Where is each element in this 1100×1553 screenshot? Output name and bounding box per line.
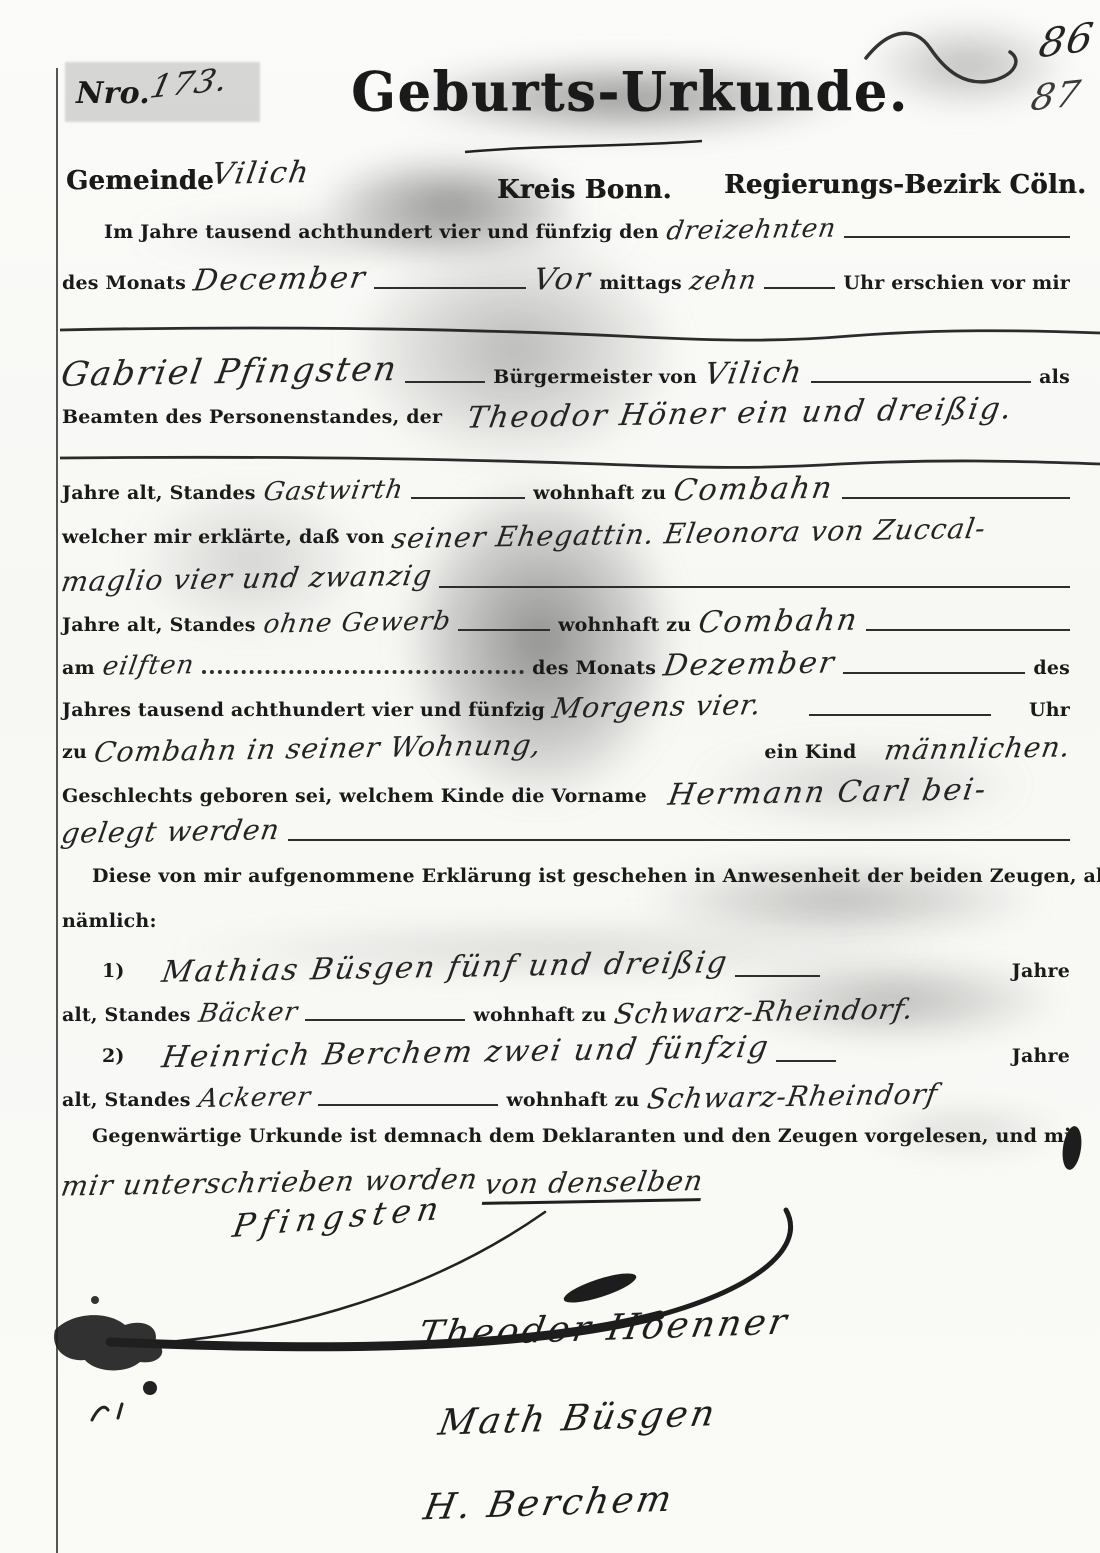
handwritten-entry: Hermann Carl bei- (666, 772, 990, 813)
handwritten-entry: Gastwirth (261, 475, 405, 507)
body-line-3: Gabriel Pfingsten Bürgermeister von Vili… (62, 352, 1070, 394)
handwritten-entry: Vor (531, 262, 594, 298)
ink-speck (91, 1296, 99, 1304)
fill-line (844, 232, 1070, 238)
fill-line (866, 625, 1070, 631)
printed-text: ein Kind (764, 741, 856, 763)
printed-text: wohnhaft zu (506, 1089, 639, 1111)
printed-text: Geschlechts geboren sei, welchem Kinde d… (62, 785, 647, 807)
witness1-line-2: alt, Standes Bäcker wohnhaft zu Schwarz-… (62, 995, 1070, 1037)
printed-text: des Monats (532, 657, 656, 679)
handwritten-entry: seiner Ehegattin. Eleonora von Zuccal- (389, 512, 988, 555)
printed-text: wohnhaft zu (533, 482, 666, 504)
printed-text: alt, Standes (62, 1089, 191, 1111)
handwritten-entry: Gabriel Pfingsten (58, 349, 401, 395)
handwritten-entry: gelegt werden (59, 813, 282, 850)
folio-number-top: 86 (1036, 15, 1097, 68)
witness1-line-1: 1) Mathias Büsgen fünf und dreißig Jahre (62, 950, 1070, 992)
gemeinde-value: Vilich (209, 155, 313, 192)
fill-line (776, 1056, 836, 1062)
fill-line (305, 1015, 465, 1021)
printed-text: zu (62, 741, 87, 763)
printed-text: des (1033, 657, 1070, 679)
printed-text: welcher mir erklärte, daß von (62, 526, 385, 548)
title-underline (465, 141, 702, 152)
handwritten-entry: Vilich (702, 355, 806, 392)
body-line-2: des Monats December Vor mittags zehn Uhr… (62, 262, 1070, 304)
printed-text: Uhr erschien vor mir (843, 272, 1070, 294)
printed-text: Im Jahre tausend achthundert vier und fü… (62, 221, 659, 243)
handwritten-entry: Heinrich Berchem zwei und fünfzig (159, 1030, 772, 1076)
handwritten-entry: Combahn (671, 471, 836, 509)
dotted-fill-line (202, 666, 524, 674)
handwritten-entry: Combahn in seiner Wohnung, (92, 728, 544, 769)
signature-ink-slash (561, 1268, 639, 1309)
witness-intro-line-2: nämlich: (62, 910, 1070, 952)
folio-number-bottom: 87 (1028, 74, 1084, 120)
handwritten-entry: Schwarz-Rheindorf (644, 1077, 939, 1115)
body-line-1: Im Jahre tausend achthundert vier und fü… (62, 215, 1070, 257)
ink-blot (54, 1315, 162, 1370)
printed-text: Beamten des Personenstandes, der (62, 406, 442, 428)
document-number-label: Nro. (76, 76, 150, 111)
body-line-11: zu Combahn in seiner Wohnung, ein Kind m… (62, 732, 1070, 774)
witness1-signature: Theodor Hoenner (415, 1302, 793, 1356)
printed-text: alt, Standes (62, 1004, 191, 1026)
gemeinde-label: Gemeinde (66, 166, 214, 196)
printed-text: Jahres tausend achthundert vier und fünf… (62, 699, 545, 721)
handwritten-entry: Mathias Büsgen fünf und dreißig (159, 945, 731, 990)
handwritten-entry: ohne Gewerb (261, 606, 453, 639)
printed-text: Jahre (1012, 1045, 1070, 1067)
document-title: Geburts-Urkunde. (340, 61, 920, 124)
ink-speck (143, 1381, 157, 1395)
fill-line (374, 283, 526, 289)
printed-text: Bürgermeister von (493, 366, 697, 388)
printed-text: Gegenwärtige Urkunde ist demnach dem Dek… (62, 1125, 1081, 1147)
handwritten-entry: Ackerer (196, 1082, 313, 1114)
fill-line (411, 493, 525, 499)
fill-line (458, 625, 550, 631)
handwritten-entry: eilften (100, 650, 196, 682)
kreis-label: Kreis Bonn. (497, 175, 672, 205)
handwritten-entry: zehn (687, 265, 759, 296)
printed-text: Diese von mir aufgenommene Erklärung ist… (62, 865, 1100, 887)
printed-text: Jahre alt, Standes (62, 482, 256, 504)
separator-rule-2 (60, 457, 1100, 467)
body-line-4: Beamten des Personenstandes, der Theodor… (62, 396, 1070, 438)
fill-line (809, 710, 991, 716)
printed-text: Jahre (1012, 960, 1070, 982)
body-line-5: Jahre alt, Standes Gastwirth wohnhaft zu… (62, 472, 1070, 514)
fill-line (764, 283, 835, 289)
fill-line (811, 377, 1031, 383)
handwritten-entry: Bäcker (196, 997, 300, 1029)
fill-line (842, 493, 1070, 499)
bezirk-label: Regierungs-Bezirk Cöln. (724, 170, 1086, 200)
fill-line (735, 971, 820, 977)
body-line-8: Jahre alt, Standes ohne Gewerb wohnhaft … (62, 604, 1070, 646)
fill-line (288, 835, 1070, 841)
closing-line-2: mir unterschrieben worden von denselben (62, 1166, 1070, 1208)
witness2-line-1: 2) Heinrich Berchem zwei und fünfzig Jah… (62, 1035, 1070, 1077)
fill-line (843, 668, 1025, 674)
printed-text: als (1039, 366, 1070, 388)
handwritten-entry: December (191, 261, 369, 299)
printed-text: am (62, 657, 95, 679)
printed-text: Jahre alt, Standes (62, 614, 256, 636)
witness2-line-2: alt, Standes Ackerer wohnhaft zu Schwarz… (62, 1080, 1070, 1122)
witness3-signature: H. Berchem (421, 1479, 678, 1529)
handwritten-entry: Morgens vier. (550, 688, 764, 725)
handwritten-entry: Combahn (696, 603, 861, 641)
fill-line (405, 377, 485, 383)
scanned-birth-certificate: Nro. 173. Geburts-Urkunde. 86 87 Gemeind… (0, 0, 1100, 1553)
closing-line-1: Gegenwärtige Urkunde ist demnach dem Dek… (62, 1125, 1070, 1167)
body-line-10: Jahres tausend achthundert vier und fünf… (62, 690, 1070, 732)
printed-text: Uhr (1029, 699, 1070, 721)
ink-speck-stroke (92, 1404, 122, 1420)
handwritten-entry: dreizehnten (664, 214, 838, 247)
body-line-12: Geschlechts geboren sei, welchem Kinde d… (62, 775, 1070, 817)
witness2-signature: Math Büsgen (435, 1393, 720, 1444)
separator-rule-1 (60, 328, 1100, 340)
mayor-signature-hook (660, 1210, 791, 1315)
body-line-7: maglio vier und zwanzig (62, 562, 1070, 604)
printed-text: des Monats (62, 272, 186, 294)
handwritten-entry: Theodor Höner ein und dreißig. (465, 391, 1016, 435)
handwritten-entry: männlichen. (882, 730, 1073, 766)
body-line-13: gelegt werden (62, 815, 1070, 857)
handwritten-entry-underlined: von denselben (482, 1164, 706, 1205)
printed-text: wohnhaft zu (558, 614, 691, 636)
printed-text: mittags (599, 272, 682, 294)
printed-text: nämlich: (62, 910, 157, 932)
handwritten-entry: Dezember (661, 646, 838, 684)
scan-edge-line (56, 68, 58, 1553)
printed-text: wohnhaft zu (473, 1004, 606, 1026)
witness-intro-line-1: Diese von mir aufgenommene Erklärung ist… (62, 865, 1070, 907)
fill-line (318, 1100, 498, 1106)
handwritten-entry: Schwarz-Rheindorf. (611, 992, 915, 1030)
handwritten-entry: maglio vier und zwanzig (59, 559, 435, 598)
body-line-6: welcher mir erklärte, daß von seiner Ehe… (62, 517, 1070, 559)
fill-line (439, 582, 1070, 588)
body-line-9: am eilften des Monats Dezember des (62, 647, 1070, 689)
witness-number: 1) (62, 960, 125, 982)
witness-number: 2) (62, 1045, 125, 1067)
